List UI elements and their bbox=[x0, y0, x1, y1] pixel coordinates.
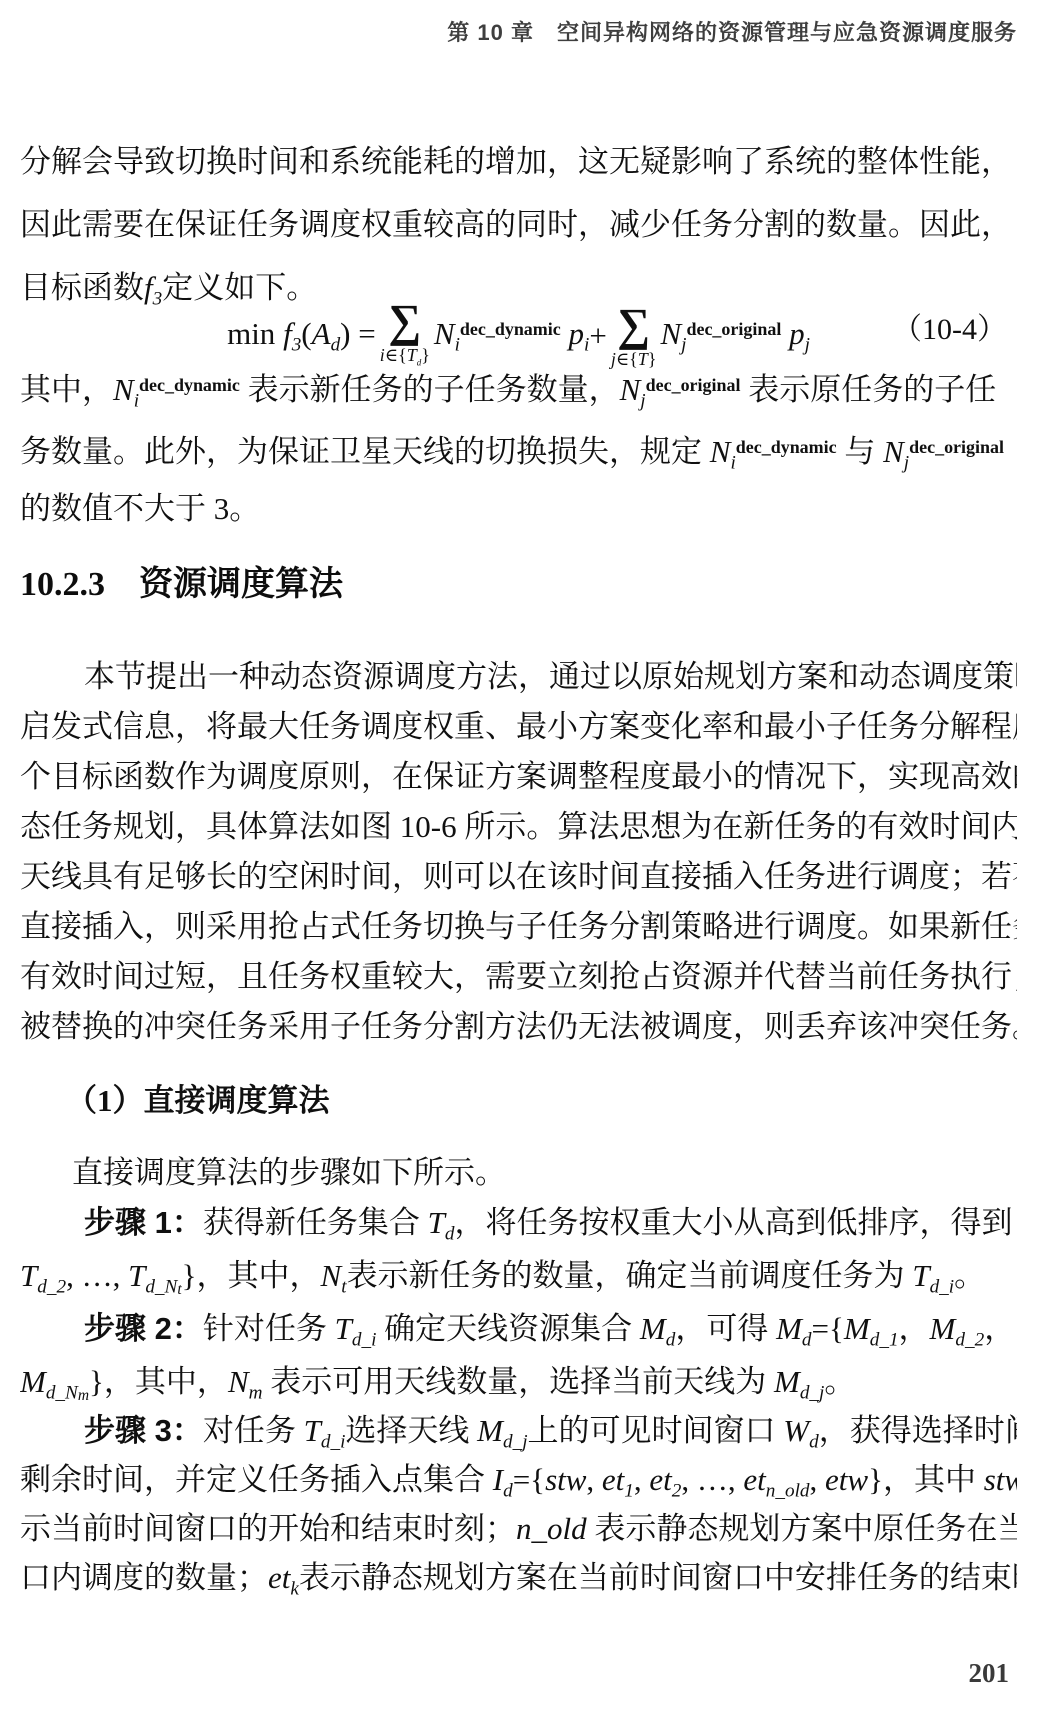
text-line: 天线具有足够长的空闲时间，则可以在该时间直接插入任务进行调度；若不能 bbox=[20, 852, 1017, 902]
sigma-icon: ∑ bbox=[617, 303, 650, 347]
section-number: 10.2.3 bbox=[20, 566, 105, 603]
text-line: 被替换的冲突任务采用子任务分割方法仍无法被调度，则丢弃该冲突任务。 bbox=[20, 1002, 1017, 1052]
text-line: 分解会导致切换时间和系统能耗的增加，这无疑影响了系统的整体性能， bbox=[20, 130, 1017, 193]
text-line: 步骤 1：获得新任务集合 Td，将任务按权重大小从高到低排序，得到 Td={Td… bbox=[20, 1196, 1017, 1249]
paragraph-steps-intro: 直接调度算法的步骤如下所示。 bbox=[72, 1147, 506, 1192]
text-line: 步骤 2：针对任务 Td_i 确定天线资源集合 Md，可得 Md={Md_1，M… bbox=[20, 1302, 1017, 1355]
step-1: 步骤 1：获得新任务集合 Td，将任务按权重大小从高到低排序，得到 Td={Td… bbox=[20, 1196, 1017, 1302]
text-line: Md_Nm}，其中，Nm 表示可用天线数量，选择当前天线为 Md_j。 bbox=[20, 1355, 1017, 1408]
text-line: 其中，Nidec_dynamic 表示新任务的子任务数量，Njdec_origi… bbox=[20, 354, 1017, 416]
running-head: 第 10 章 空间异构网络的资源管理与应急资源调度服务 bbox=[447, 16, 1017, 47]
equation-number: （10-4） bbox=[892, 304, 1007, 348]
step-2: 步骤 2：针对任务 Td_i 确定天线资源集合 Md，可得 Md={Md_1，M… bbox=[20, 1302, 1017, 1408]
text-line: 因此需要在保证任务调度权重较高的同时，减少任务分割的数量。因此， bbox=[20, 193, 1017, 256]
step-3: 步骤 3：对任务 Td_i选择天线 Md_j上的可见时间窗口 Wd，获得选择时间… bbox=[20, 1406, 1017, 1602]
paragraph-method: 本节提出一种动态资源调度方法，通过以原始规划方案和动态调度策略为启发式信息，将最… bbox=[20, 652, 1017, 1052]
equation-term-2: Njdec_original pj bbox=[660, 316, 809, 357]
text-line: Td_2, …, Td_Nt}，其中，Nt表示新任务的数量，确定当前调度任务为 … bbox=[20, 1249, 1017, 1302]
page-number: 201 bbox=[969, 1658, 1010, 1689]
text-line: 的数值不大于 3。 bbox=[20, 478, 1017, 540]
book-page: 第 10 章 空间异构网络的资源管理与应急资源调度服务 分解会导致切换时间和系统… bbox=[0, 0, 1037, 1709]
text-line: 本节提出一种动态资源调度方法，通过以原始规划方案和动态调度策略为 bbox=[20, 652, 1017, 702]
sub-heading-1: （1）直接调度算法 bbox=[66, 1075, 330, 1120]
text-line: 步骤 3：对任务 Td_i选择天线 Md_j上的可见时间窗口 Wd，获得选择时间… bbox=[20, 1406, 1017, 1455]
text-line: 直接插入，则采用抢占式任务切换与子任务分割策略进行调度。如果新任务的 bbox=[20, 902, 1017, 952]
text-line: 剩余时间，并定义任务插入点集合 Id={stw, et1, et2, …, et… bbox=[20, 1455, 1017, 1504]
section-heading: 10.2.3资源调度算法 bbox=[20, 556, 343, 605]
equation-term-1: Nidec_dynamic pi bbox=[434, 316, 589, 357]
equation-plus: + bbox=[589, 318, 606, 354]
equation-lhs: min f3(Ad) = bbox=[227, 316, 376, 357]
text-line: 口内调度的数量；etk表示静态规划方案在当前时间窗口中安排任务的结束时刻。 bbox=[20, 1553, 1017, 1602]
text-line: 有效时间过短，且任务权重较大，需要立刻抢占资源并代替当前任务执行；若 bbox=[20, 952, 1017, 1002]
text-line: 态任务规划，具体算法如图 10-6 所示。算法思想为在新任务的有效时间内，若 bbox=[20, 802, 1017, 852]
text-line: 示当前时间窗口的开始和结束时刻；n_old 表示静态规划方案中原任务在当前时间窗 bbox=[20, 1504, 1017, 1553]
section-title: 资源调度算法 bbox=[139, 565, 343, 603]
text-line: 启发式信息，将最大任务调度权重、最小方案变化率和最小子任务分解程度 3 bbox=[20, 702, 1017, 752]
paragraph-where: 其中，Nidec_dynamic 表示新任务的子任务数量，Njdec_origi… bbox=[20, 354, 1017, 540]
text-line: 务数量。此外，为保证卫星天线的切换损失，规定 Nidec_dynamic 与 N… bbox=[20, 416, 1017, 478]
text-line: 个目标函数作为调度原则，在保证方案调整程度最小的情况下，实现高效的动 bbox=[20, 752, 1017, 802]
sigma-icon: ∑ bbox=[388, 299, 421, 343]
